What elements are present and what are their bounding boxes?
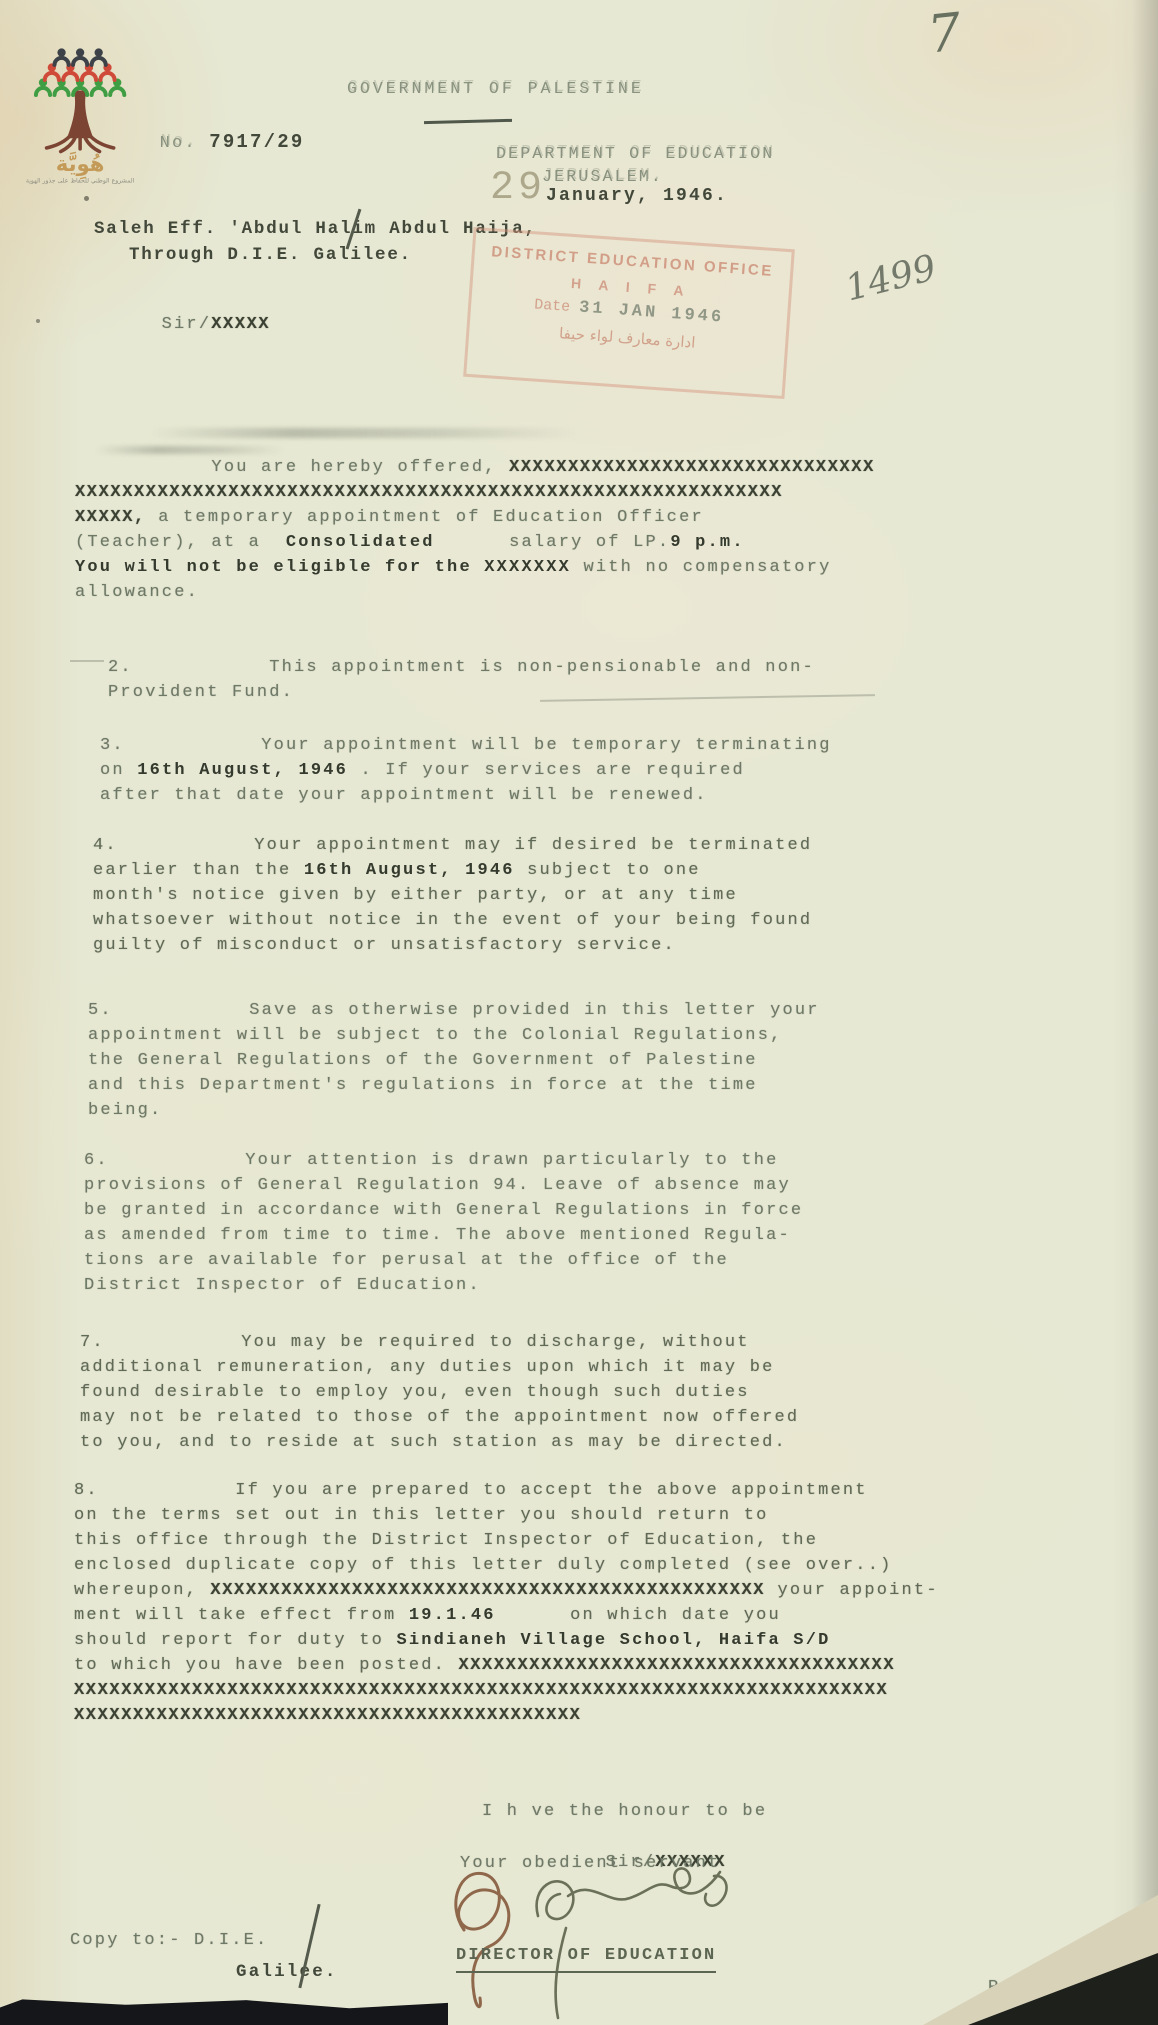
paragraph-5: 5. Save as otherwise provided in this le…	[88, 998, 820, 1123]
reference-value: 7917/29	[209, 131, 304, 153]
ink-speck	[36, 319, 40, 323]
stamp-date-label: Date	[534, 296, 580, 316]
reference-label: No.	[160, 134, 210, 153]
salutation: Sir/XXXXX	[112, 287, 270, 362]
salutation-prefix: Sir/	[162, 315, 212, 334]
signatory-title: DIRECTOR OF EDUCATION	[456, 1943, 716, 1973]
addressee-route: Through D.I.E. Galilee.	[129, 243, 412, 268]
addressee-name: Saleh Eff. 'Abdul Halim Abdul Haija,	[94, 217, 537, 242]
paragraph-4: 4. Your appointment may if desired be te…	[93, 833, 812, 958]
ink-smudge	[95, 446, 285, 454]
closing-honour-line: I h ve the honour to be	[482, 1799, 767, 1824]
salutation-struck-text: XXXXX	[211, 315, 270, 334]
department-line: DEPARTMENT OF EDUCATION	[496, 141, 774, 166]
paragraph-2: 2. This appointment is non-pensionable a…	[108, 655, 815, 705]
paragraph-6: 6. Your attention is drawn particularly …	[84, 1148, 803, 1298]
copy-to-location: Galilee.	[236, 1960, 338, 1985]
ink-smudge	[150, 428, 580, 438]
district-office-stamp: DISTRICT EDUCATION OFFICE H A I F A Date…	[463, 227, 795, 399]
copy-to-line: Copy to:- D.I.E.	[70, 1928, 268, 1953]
handwritten-register-number: 1499	[841, 248, 940, 310]
reference-number: No. 7917/29	[110, 105, 304, 181]
director-signature	[420, 1838, 750, 2024]
title-underline	[424, 119, 512, 124]
scan-artifact-bottom-strip	[0, 1998, 448, 2025]
received-day-stamp: 29	[490, 166, 546, 211]
paragraph-3: 3. Your appointment will be temporary te…	[100, 733, 832, 808]
paragraph-1: You are hereby offered, XXXXXXXXXXXXXXXX…	[75, 455, 875, 605]
stray-dash	[70, 660, 104, 662]
ink-speck	[84, 196, 89, 201]
paragraph-7: 7. You may be required to discharge, wit…	[80, 1330, 799, 1455]
handwritten-page-number: 7	[925, 2, 964, 65]
stamp-date-value: 31 JAN 1946	[578, 299, 724, 328]
paragraph-8: 8. If you are prepared to accept the abo…	[74, 1478, 939, 1728]
watermark-arabic-title: هُوِيَّة	[56, 151, 105, 180]
typed-date: January, 1946.	[546, 184, 728, 209]
scan-edge-shadow-right	[1132, 0, 1158, 2025]
scanned-letter-page: هُوِيَّة المشروع الوطني للحفاظ على جذور …	[0, 0, 1158, 2025]
government-title: GOVERNMENT OF PALESTINE	[347, 76, 644, 101]
